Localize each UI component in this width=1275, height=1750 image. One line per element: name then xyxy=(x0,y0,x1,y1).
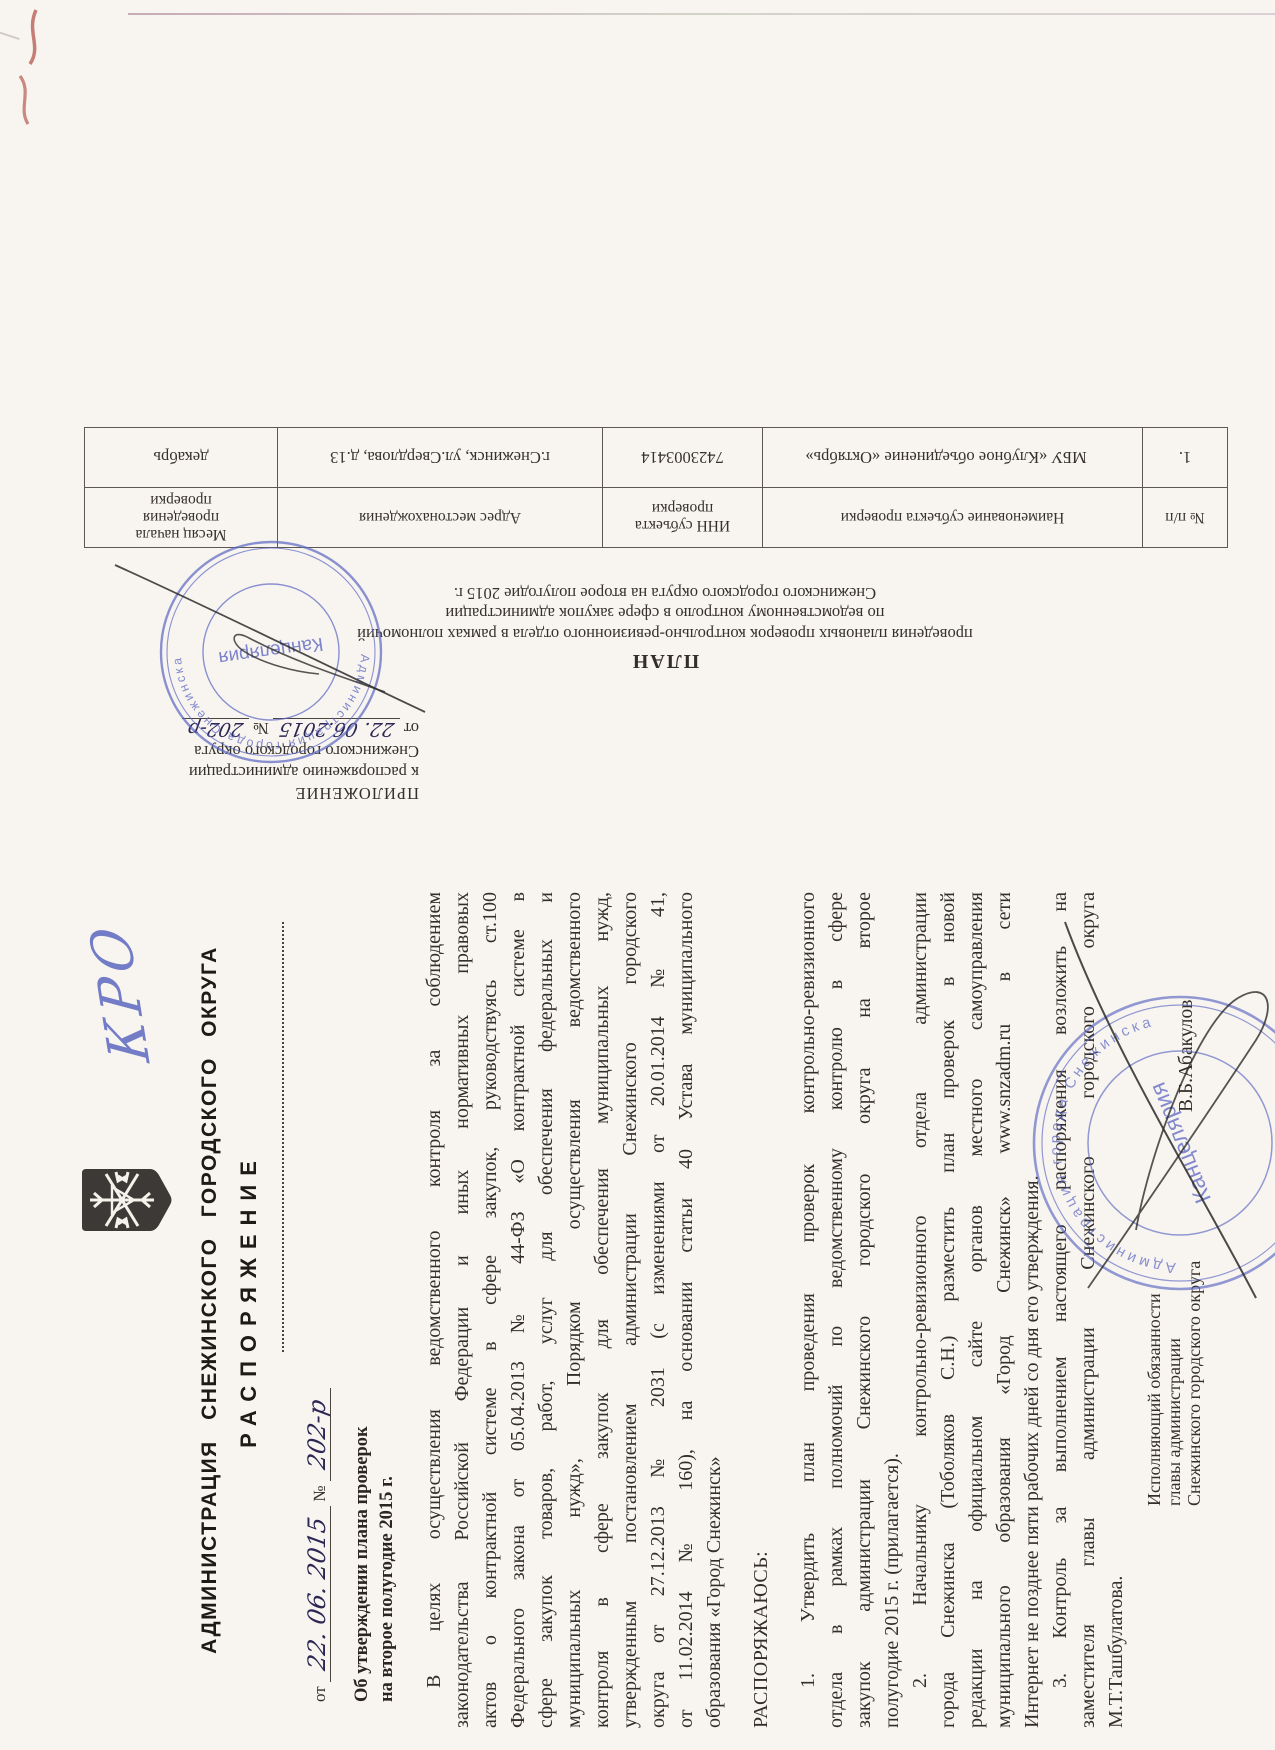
letterhead-rule xyxy=(282,922,284,1352)
subject-line: Об утверждении плана проверок xyxy=(350,1272,375,1702)
cell-address: г.Снежинск, ул.Свердлова, д.13 xyxy=(278,428,603,488)
organization-name: АДМИНИСТРАЦИЯ СНЕЖИНСКОГО ГОРОДСКОГО ОКР… xyxy=(198,880,222,1720)
handwritten-routing-mark: КРО xyxy=(76,920,163,1064)
body-line: В целях осуществления ведомственного кон… xyxy=(420,892,448,1728)
handwritten-number: 202-р xyxy=(306,1398,328,1471)
subject-line: на второе полугодие 2015 г. xyxy=(375,1272,400,1702)
col-header-subject-name: Наименование субъекта проверки xyxy=(763,488,1143,548)
no-label: № xyxy=(310,1485,329,1501)
body-line: от 11.02.2014 № 160), на основании стать… xyxy=(672,892,700,1728)
handwritten-date: 22. 06. 2015 xyxy=(306,1516,328,1673)
item2-line: муниципального образования «Город Снежин… xyxy=(990,892,1018,1728)
body-line: округа от 27.12.2013 № 2031 (с изменения… xyxy=(644,892,672,1728)
col-header-inn: ИНН субъекта проверки xyxy=(603,488,763,548)
body-line: муниципальных нужд», Порядком осуществле… xyxy=(560,892,588,1728)
item2-line: города Снежинска (Тоболяков С.Н.) размес… xyxy=(934,892,962,1728)
body-line: контроля в сфере закупок для обеспечения… xyxy=(588,892,616,1728)
document-subject: Об утверждении плана проверок на второе … xyxy=(350,1272,400,1702)
body-line: актов о контрактной системе в сфере заку… xyxy=(476,892,504,1728)
body-line: сфере закупок товаров, работ, услуг для … xyxy=(532,892,560,1728)
appendix-sheet: ПРИЛОЖЕНИЕ к распоряжению администрации … xyxy=(55,360,1275,810)
scanned-document-page: { "order": { "routing_mark": "КРО", "hea… xyxy=(0,0,1275,1750)
order-sheet: КРО АДМИНИСТРАЦИЯ СНЕЖИНСКОГО ГОРОДСКОГО… xyxy=(60,850,1275,1750)
cell-subject-name: МБУ «Клубное объединение «Октябрь» xyxy=(763,428,1143,488)
handwritten-signature-appendix xyxy=(85,540,445,770)
body-line: Федерального закона от 05.04.2013 № 44-Ф… xyxy=(504,892,532,1728)
item2-line: редакции на официальном сайте органов ме… xyxy=(962,892,990,1728)
approval-title: ПРИЛОЖЕНИЕ xyxy=(119,783,419,804)
col-header-number: № п/п xyxy=(1143,488,1228,548)
snezhinsk-coat-of-arms-logo xyxy=(80,1167,174,1233)
resolve-word: РАСПОРЯЖАЮСЬ: xyxy=(750,1551,773,1728)
document-type-title: РАСПОРЯЖЕНИЕ xyxy=(236,880,262,1720)
cell-month: декабрь xyxy=(85,428,278,488)
scan-edge-line xyxy=(128,13,1275,15)
inspection-plan-table: № п/п Наименование субъекта проверки ИНН… xyxy=(84,427,1228,548)
handwritten-signature-order xyxy=(1050,910,1275,1310)
from-label: от xyxy=(310,1686,329,1702)
table-row: 1. МБУ «Клубное объединение «Октябрь» 74… xyxy=(85,428,1228,488)
item1-line: полугодие 2015 г. (прилагается). xyxy=(878,892,906,1728)
preamble-paragraph: В целях осуществления ведомственного кон… xyxy=(420,892,728,1728)
body-line: образования «Город Снежинск» xyxy=(700,892,728,1728)
letterhead: АДМИНИСТРАЦИЯ СНЕЖИНСКОГО ГОРОДСКОГО ОКР… xyxy=(198,880,262,1720)
body-line: утвержденным постановлением администраци… xyxy=(616,892,644,1728)
cell-number: 1. xyxy=(1143,428,1228,488)
body-line: законодательства Российской Федерации и … xyxy=(448,892,476,1728)
item1-line: отдела в рамках полномочий по ведомствен… xyxy=(822,892,850,1728)
item1-line: 1. Утвердить план проведения проверок ко… xyxy=(794,892,822,1728)
item2-line: 2. Начальнику контрольно-ревизионного от… xyxy=(906,892,934,1728)
item1-line: закупок администрации Снежинского городс… xyxy=(850,892,878,1728)
date-number-line: от22. 06. 2015№202-р xyxy=(306,1384,331,1702)
cell-inn: 7423003414 xyxy=(603,428,763,488)
red-pen-marks xyxy=(10,6,58,131)
